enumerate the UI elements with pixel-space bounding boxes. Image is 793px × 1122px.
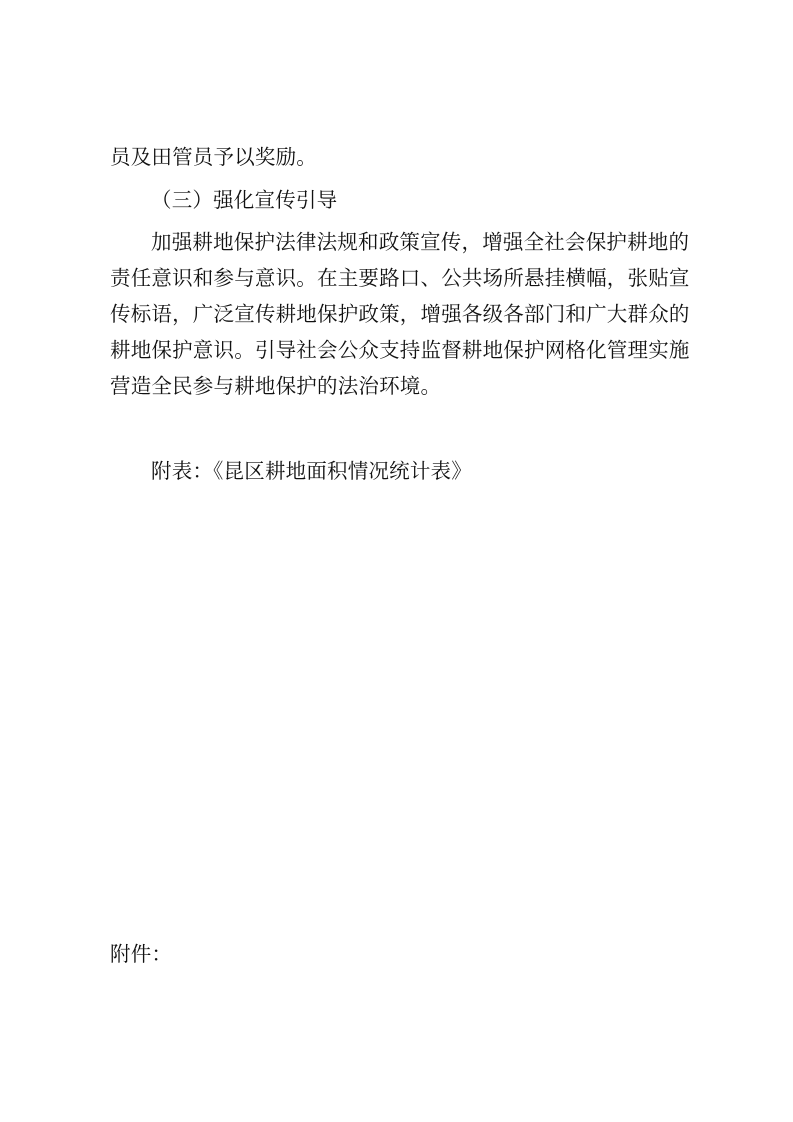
paragraph-line: 传标语，广泛宣传耕地保护政策，增强各级各部门和广大群众的	[110, 300, 690, 328]
paragraph-line-continuation: 员及田管员予以奖励。	[110, 143, 317, 171]
paragraph-line: 耕地保护意识。引导社会公众支持监督耕地保护网格化管理实施	[110, 336, 690, 364]
paragraph-line: 加强耕地保护法律法规和政策宣传，增强全社会保护耕地的	[151, 228, 689, 256]
paragraph-line: 责任意识和参与意识。在主要路口、公共场所悬挂横幅，张贴宣	[110, 264, 690, 292]
paragraph-line: 营造全民参与耕地保护的法治环境。	[110, 372, 441, 400]
appendix-table-reference: 附表：《昆区耕地面积情况统计表》	[151, 457, 472, 485]
attachment-label: 附件：	[110, 940, 172, 968]
section-heading-publicity: （三）强化宣传引导	[151, 186, 337, 214]
